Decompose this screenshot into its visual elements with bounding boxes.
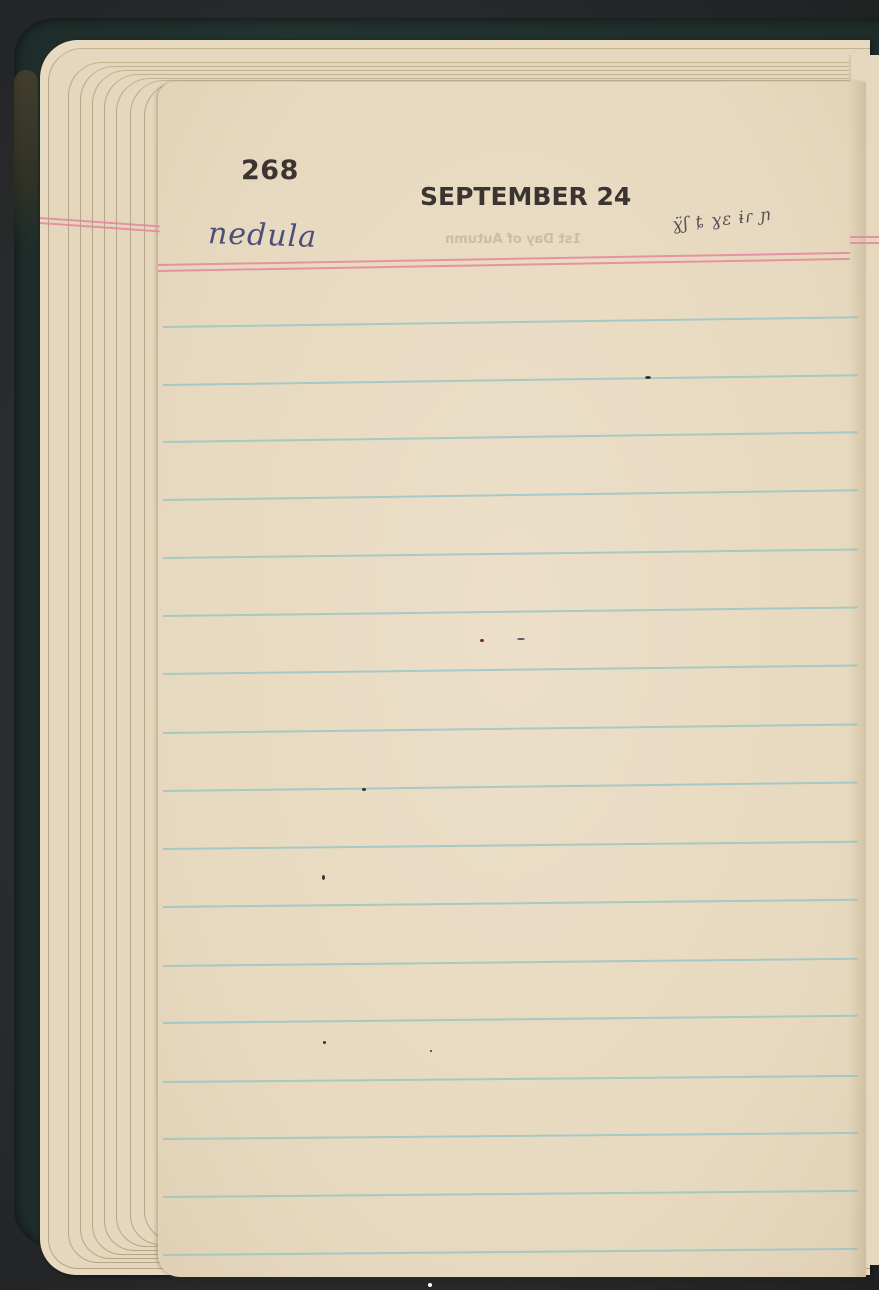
handwritten-note-left: nedula [207, 216, 317, 255]
ink-speck [323, 1041, 326, 1044]
red-rule-facing [850, 236, 879, 238]
page-number: 268 [241, 155, 299, 186]
ink-speck [362, 788, 366, 791]
cover-wear [14, 70, 38, 250]
red-rule-facing [850, 242, 879, 244]
ink-speck [645, 376, 651, 379]
ink-speck [517, 638, 525, 640]
ink-speck [430, 1050, 432, 1052]
ink-speck [322, 875, 325, 880]
ink-speck [480, 639, 484, 642]
date-heading: SEPTEMBER 24 [420, 182, 631, 211]
dust-speck [428, 1283, 432, 1287]
page-gutter [848, 82, 866, 1277]
bleed-through-text: 1st Day of Autumn [445, 232, 581, 247]
